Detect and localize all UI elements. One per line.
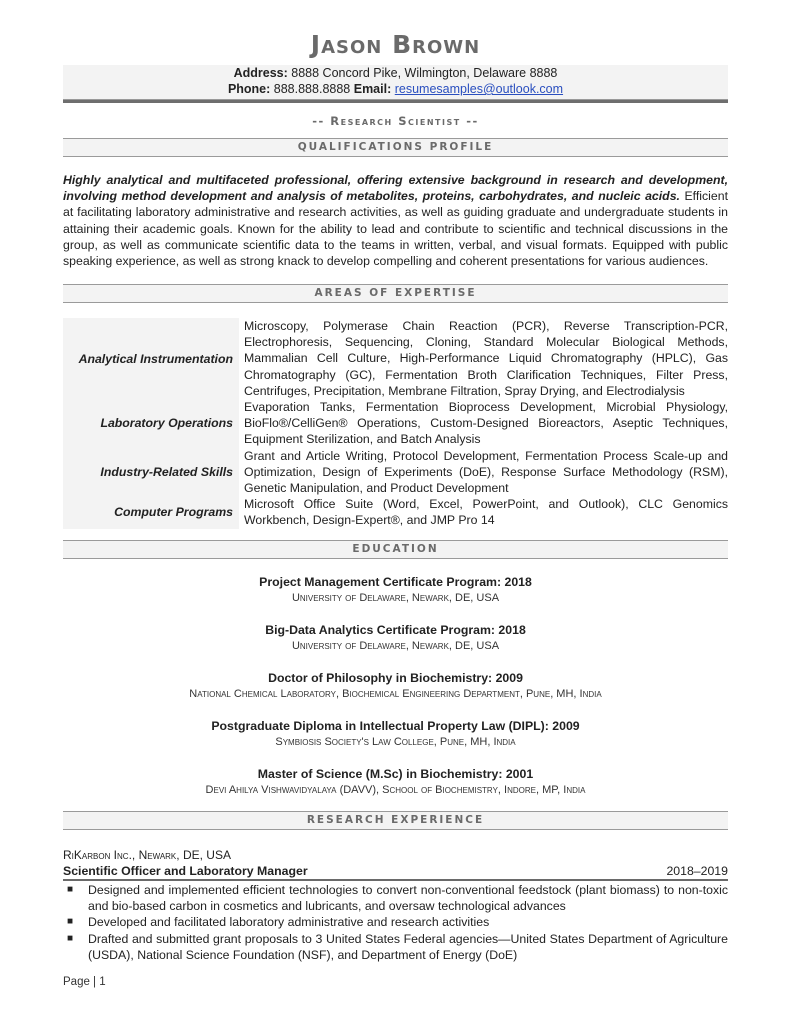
expertise-text: Grant and Article Writing, Protocol Deve… xyxy=(239,448,728,497)
edu-school: University of Delaware, Newark, DE, USA xyxy=(63,590,728,606)
expertise-text: Microsoft Office Suite (Word, Excel, Pow… xyxy=(239,496,728,528)
address-line: Address: 8888 Concord Pike, Wilmington, … xyxy=(63,65,728,81)
section-header-profile: QUALIFICATIONS PROFILE xyxy=(63,138,728,157)
edu-school: University of Delaware, Newark, DE, USA xyxy=(63,638,728,654)
role-title: -- Research Scientist -- xyxy=(63,114,728,128)
expertise-row: Analytical Instrumentation Microscopy, P… xyxy=(63,318,728,399)
expertise-label: Industry-Related Skills xyxy=(63,448,239,497)
edu-school: Devi Ahilya Vishwavidyalaya (DAVV), Scho… xyxy=(63,782,728,798)
section-header-education: EDUCATION xyxy=(63,540,728,559)
company-name: RiKarbon Inc., Newark, DE, USA xyxy=(63,848,728,863)
phone-email-line: Phone: 888.888.8888 Email: resumesamples… xyxy=(63,81,728,97)
square-bullet-icon: ■ xyxy=(67,882,73,898)
job-dates: 2018–2019 xyxy=(666,863,728,879)
education-item: Master of Science (M.Sc) in Biochemistry… xyxy=(63,766,728,798)
edu-degree: Doctor of Philosophy in Biochemistry: 20… xyxy=(63,670,728,686)
experience-entry: RiKarbon Inc., Newark, DE, USA Scientifi… xyxy=(63,848,728,963)
edu-school: Symbiosis Society's Law College, Pune, M… xyxy=(63,734,728,750)
header-divider xyxy=(63,99,728,103)
expertise-label: Laboratory Operations xyxy=(63,399,239,448)
expertise-row: Computer Programs Microsoft Office Suite… xyxy=(63,496,728,528)
expertise-text: Evaporation Tanks, Fermentation Bioproce… xyxy=(239,399,728,448)
candidate-name: Jason Brown xyxy=(63,30,728,60)
edu-degree: Big-Data Analytics Certificate Program: … xyxy=(63,622,728,638)
email-label: Email: xyxy=(354,82,392,96)
list-item: ■Drafted and submitted grant proposals t… xyxy=(63,931,728,963)
expertise-label: Computer Programs xyxy=(63,496,239,528)
section-header-experience: RESEARCH EXPERIENCE xyxy=(63,811,728,830)
square-bullet-icon: ■ xyxy=(67,931,73,947)
page-number: Page | 1 xyxy=(63,976,106,988)
expertise-table: Analytical Instrumentation Microscopy, P… xyxy=(63,318,728,529)
square-bullet-icon: ■ xyxy=(67,914,73,930)
phone-value: 888.888.8888 xyxy=(274,82,350,96)
email-link[interactable]: resumesamples@outlook.com xyxy=(395,82,563,96)
section-header-expertise: AREAS OF EXPERTISE xyxy=(63,284,728,303)
achievement-list: ■Designed and implemented efficient tech… xyxy=(63,882,728,963)
education-list: Project Management Certificate Program: … xyxy=(63,574,728,814)
education-item: Big-Data Analytics Certificate Program: … xyxy=(63,622,728,654)
edu-degree: Project Management Certificate Program: … xyxy=(63,574,728,590)
qualifications-profile: Highly analytical and multifaceted profe… xyxy=(63,172,728,269)
bullet-text: Designed and implemented efficient techn… xyxy=(88,883,728,913)
expertise-row: Industry-Related Skills Grant and Articl… xyxy=(63,448,728,497)
education-item: Project Management Certificate Program: … xyxy=(63,574,728,606)
expertise-text: Microscopy, Polymerase Chain Reaction (P… xyxy=(239,318,728,399)
edu-degree: Postgraduate Diploma in Intellectual Pro… xyxy=(63,718,728,734)
bullet-text: Drafted and submitted grant proposals to… xyxy=(88,932,728,962)
job-title: Scientific Officer and Laboratory Manage… xyxy=(63,863,308,879)
edu-school: National Chemical Laboratory, Biochemica… xyxy=(63,686,728,702)
contact-band: Address: 8888 Concord Pike, Wilmington, … xyxy=(63,65,728,99)
expertise-row: Laboratory Operations Evaporation Tanks,… xyxy=(63,399,728,448)
address-label: Address: xyxy=(234,66,288,80)
edu-degree: Master of Science (M.Sc) in Biochemistry… xyxy=(63,766,728,782)
phone-label: Phone: xyxy=(228,82,270,96)
expertise-label: Analytical Instrumentation xyxy=(63,318,239,399)
profile-lead: Highly analytical and multifaceted profe… xyxy=(63,173,728,203)
job-title-row: Scientific Officer and Laboratory Manage… xyxy=(63,863,728,881)
address-value: 8888 Concord Pike, Wilmington, Delaware … xyxy=(291,66,557,80)
education-item: Postgraduate Diploma in Intellectual Pro… xyxy=(63,718,728,750)
list-item: ■Designed and implemented efficient tech… xyxy=(63,882,728,914)
list-item: ■Developed and facilitated laboratory ad… xyxy=(63,914,728,930)
education-item: Doctor of Philosophy in Biochemistry: 20… xyxy=(63,670,728,702)
bullet-text: Developed and facilitated laboratory adm… xyxy=(88,915,489,929)
